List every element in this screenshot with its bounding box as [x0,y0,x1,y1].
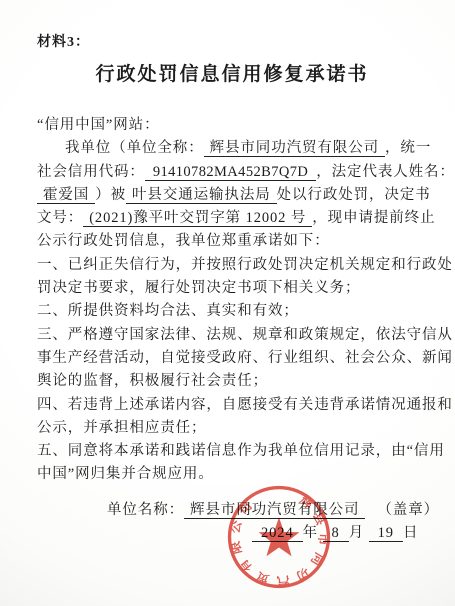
signature-label: 单位名称： [107,502,184,518]
field-decision-number: (2021)豫平叶交罚字第 12002 号 [83,210,312,227]
body-text: 公示，并承担相应责任； [37,420,206,436]
body-text: 文号： [37,210,83,226]
body-text: 中国”网归集并合规应用。 [37,466,214,482]
body-line: 罚决定书要求，履行处罚决定书项下相关义务； [37,277,427,300]
body-text: ，统一 [385,140,431,156]
body-line: 三、严格遵守国家法律、法规、规章和政策规定，依法守信从 [37,324,427,347]
body-line: 五、同意将本承诺和践诺信息作为我单位信用记录，由“信用 [37,440,427,463]
body-text: 二、所提供资料均合法、真实和有效； [37,303,299,319]
document-content: 材料3： 行政处罚信息信用修复承诺书 “信用中国”网站： 我单位（单位全称：辉县… [37,33,427,545]
body-text: ，现申请提前终止 [312,210,435,226]
body-line: 霍爱国）被叶县交通运输执法局处以行政处罚，决定书 [37,184,427,207]
salutation-line: “信用中国”网站： [37,114,427,137]
body-text: 四、若违背上述承诺内容，自愿接受有关违背承诺情况通报和 [37,397,453,413]
month-label: 月 [349,525,364,541]
body-line: 社会信用代码：91410782MA452B7Q7D，法定代表人姓名： [37,161,427,184]
body-line: 公示行政处罚信息，我单位郑重承诺如下： [37,230,427,253]
document-page: 材料3： 行政处罚信息信用修复承诺书 “信用中国”网站： 我单位（单位全称：辉县… [0,0,455,606]
field-day: 19 [369,525,403,542]
field-legal-rep-name: 霍爱国 [37,187,95,204]
day-label: 日 [403,525,418,541]
body-text: 公示行政处罚信息，我单位郑重承诺如下： [37,233,330,249]
body-text: 事生产经营活动，自觉接受政府、行业组织、社会公众、新闻 [37,350,453,366]
body-text: 我单位（单位全称： [65,140,204,156]
field-authority-name: 叶县交通运输执法局 [126,187,277,204]
material-label: 材料3： [37,33,427,53]
signature-line: 单位名称：辉县市同功汽贸有限公司（盖章） [37,499,427,522]
body-text: 舆论的监督，积极履行社会责任； [37,373,268,389]
year-label: 年 [303,525,318,541]
field-month: 8 [323,525,349,542]
date-line: 2024年 8月 19日 [37,522,427,545]
body-text: 一、已纠正失信行为，并按照行政处罚决定机关规定和行政处 [37,257,453,273]
body-text: ，法定代表人姓名： [316,164,455,180]
body-line: 四、若违背上述承诺内容，自愿接受有关违背承诺情况通报和 [37,394,427,417]
field-credit-code: 91410782MA452B7Q7D [145,164,316,181]
body-line: 一、已纠正失信行为，并按照行政处罚决定机关规定和行政处 [37,254,427,277]
body-text: ）被 [95,187,126,203]
body-text: 处以行政处罚，决定书 [277,187,431,203]
body-line: 事生产经营活动，自觉接受政府、行业组织、社会公众、新闻 [37,347,427,370]
body-line: 文号：(2021)豫平叶交罚字第 12002 号，现申请提前终止 [37,207,427,230]
field-signature-company: 辉县市同功汽贸有限公司 [184,502,365,519]
page-title: 行政处罚信息信用修复承诺书 [37,61,427,88]
body-line: 二、所提供资料均合法、真实和有效； [37,300,427,323]
body-text: 罚决定书要求，履行处罚决定书项下相关义务； [37,280,360,296]
body-text: 社会信用代码： [37,164,145,180]
body-line: 我单位（单位全称：辉县市同功汽贸有限公司，统一 [37,137,427,160]
seal-note: （盖章） [377,502,439,518]
body-line: 公示，并承担相应责任； [37,417,427,440]
body-text: 三、严格遵守国家法律、法规、规章和政策规定，依法守信从 [37,327,453,343]
body-line: 中国”网归集并合规应用。 [37,463,427,486]
body-line: 舆论的监督，积极履行社会责任； [37,370,427,393]
body-text: 五、同意将本承诺和践诺信息作为我单位信用记录，由“信用 [37,443,445,459]
field-company-name: 辉县市同功汽贸有限公司 [204,140,385,157]
field-year: 2024 [252,525,303,542]
